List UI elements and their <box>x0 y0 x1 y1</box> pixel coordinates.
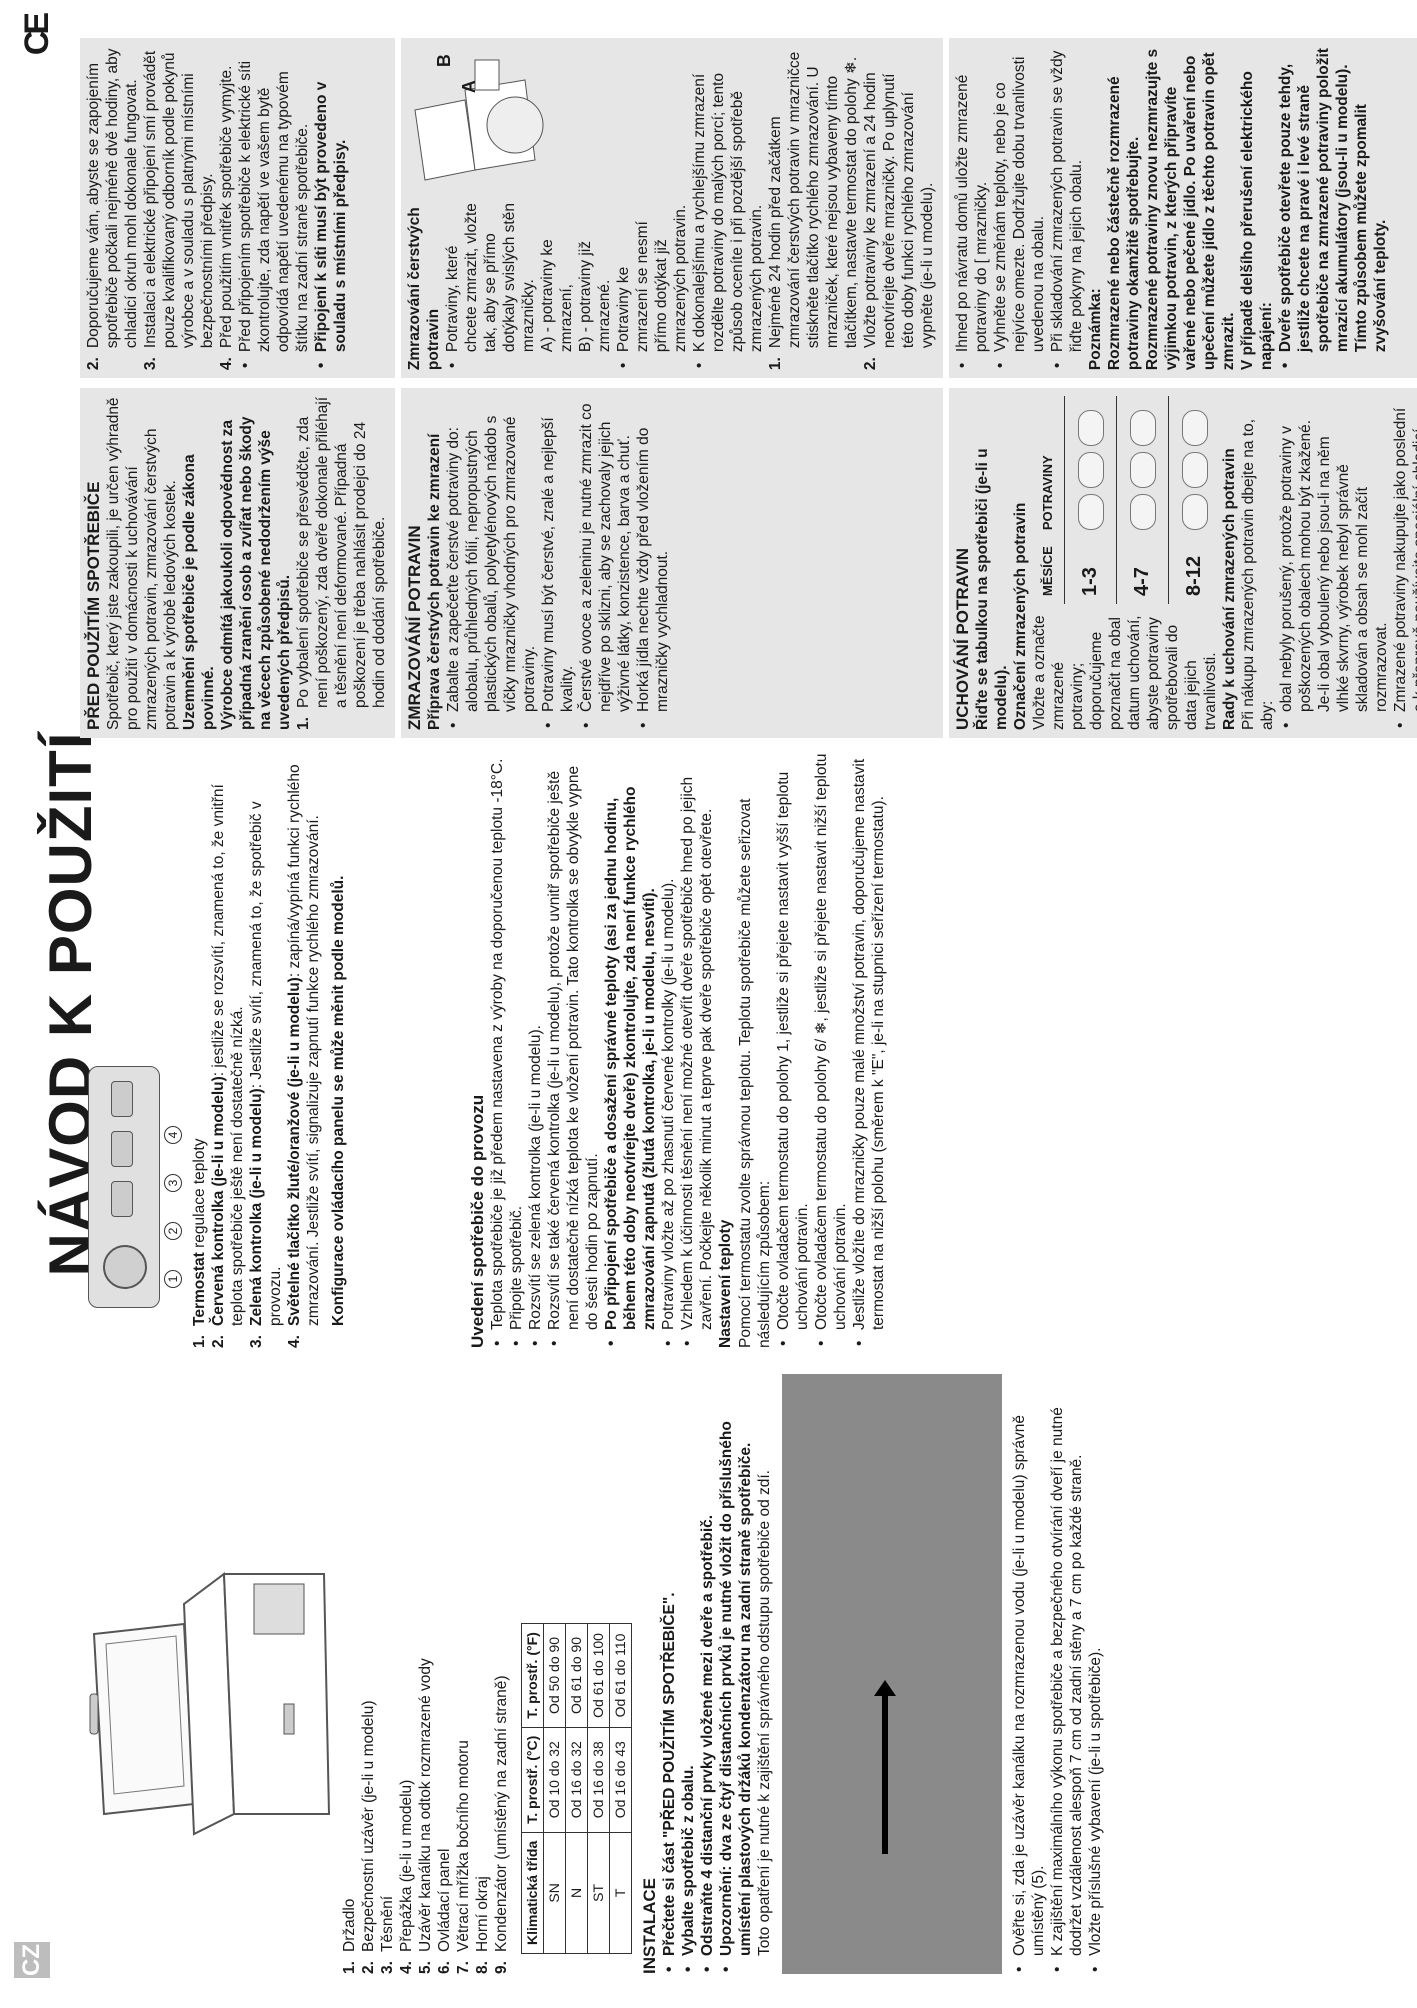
list-item: Vyhněte se změnám teploty, nebo je co ne… <box>991 46 1048 370</box>
list-item: Ověřte si, zda je uzávěr kanálku na rozm… <box>1010 1374 1048 1974</box>
temperature-list: Otočte ovladačem termostatu do polohy 1,… <box>774 748 888 1348</box>
table-row: STOd 16 do 38Od 61 do 100 <box>588 1624 610 1954</box>
before-use-box: PŘED POUŽITÍM SPOTŘEBIČE Spotřebič, kter… <box>80 388 395 738</box>
strawberry-icon <box>1182 452 1208 488</box>
control-panel-callouts: 1 2 3 4 <box>164 748 182 1288</box>
list-item: 3.Zelená kontrolka (je-li u modelu): Jes… <box>247 748 285 1348</box>
drain-cap-photo <box>782 1374 1002 1974</box>
table-row: SNOd 10 do 32Od 50 do 90 <box>544 1624 566 1954</box>
beef-icon <box>1182 410 1208 446</box>
installation-note: Toto opatření je nutné k zajištění správ… <box>755 1374 774 1974</box>
label-heading: Označení zmrazených potravin <box>1011 396 1030 730</box>
fast-freeze-button-icon <box>111 1081 133 1117</box>
freezing-box: ZMRAZOVÁNÍ POTRAVIN Příprava čerstvých p… <box>401 388 943 738</box>
thermostat-knob-icon <box>103 1245 147 1289</box>
red-light-icon <box>111 1181 133 1217</box>
label-text: Vložte a označte zmrazené potraviny; dop… <box>1030 610 1220 730</box>
before-use-heading: PŘED POUŽITÍM SPOTŘEBIČE <box>84 396 104 730</box>
control-panel-list: 1.Termostat regulace teploty 2.Červená k… <box>190 748 323 1348</box>
green-light-icon <box>111 1131 133 1167</box>
freezer-loading-icon <box>405 50 555 200</box>
list-item: Potraviny vložte až po zhasnutí červené … <box>659 748 678 1348</box>
chicken-icon <box>1130 452 1156 488</box>
parts-list: 1.Držadlo 2.Bezpečnostní uzávěr (je-li u… <box>340 1374 511 1974</box>
before-use-bullets: Před připojením spotřebiče k elektrické … <box>236 46 350 370</box>
table-header: T. prostř. (°C) <box>522 1727 544 1832</box>
liability-warning: Výrobce odmítá jakoukoli odpovědnost za … <box>218 396 294 730</box>
fresh-heading: Zmrazování čerstvých potravin <box>405 200 443 370</box>
tips-intro: Při nákupu zmrazených potravin dbejte na… <box>1239 396 1277 730</box>
list-item: K zajištění maximálního výkonu spotřebič… <box>1048 1374 1086 1974</box>
before-use-numbered-cont: 2.Doporučujeme vám, abyste se zapojením … <box>84 46 236 370</box>
prep-list: Zabalte a zapečeťte čerstvé potraviny do… <box>444 396 672 730</box>
temperature-intro: Pomocí termostatu zvolte správnou teplot… <box>736 748 774 1348</box>
ce-mark-icon: CE <box>18 16 57 55</box>
power-outage-list: Dveře spotřebiče otevřete pouze tehdy, j… <box>1276 46 1390 370</box>
label-b: B <box>435 54 454 67</box>
list-item: 1.Termostat regulace teploty <box>190 748 209 1348</box>
note-heading: Poznámka: <box>1086 46 1105 370</box>
list-item: Vložte příslušné vybavení (je-li u spotř… <box>1086 1374 1105 1974</box>
list-item: Dveře spotřebiče otevřete pouze tehdy, j… <box>1276 46 1390 370</box>
vegetables-icon <box>1182 494 1208 530</box>
fresh-list: Potraviny, které chcete zmrazit, vložte … <box>443 200 538 370</box>
list-item: K dokonalejšímu a rychlejšímu zmrazení r… <box>690 46 766 370</box>
parts-list-item: 7.Větrací mřížka bočního motoru <box>454 1374 473 1974</box>
chest-freezer-illustration <box>84 1514 334 1934</box>
freezing-illustration: A B <box>405 50 690 200</box>
chest-freezer-drawing-icon <box>84 1514 334 1934</box>
table-row: 4-7 <box>1117 396 1169 604</box>
grounding-warning: Uzemnění spotřebiče je podle zákona povi… <box>180 396 218 730</box>
column-left: 1.Držadlo 2.Bezpečnostní uzávěr (je-li u… <box>80 1374 1105 1974</box>
table-row: 8-12 <box>1169 396 1220 604</box>
list-item: Ihned po návratu domů uložte zmrazené po… <box>953 46 991 370</box>
parts-list-item: 5.Uzávěr kanálku na odtok rozmrazené vod… <box>416 1374 435 1974</box>
legend-a: A) - potraviny ke zmrazení, <box>538 200 576 370</box>
list-item: Otočte ovladačem termostatu do polohy 1,… <box>774 748 812 1348</box>
column-right: PŘED POUŽITÍM SPOTŘEBIČE Spotřebič, kter… <box>80 38 1417 738</box>
power-outage-heading: V případě delšího přerušení elektrického… <box>1238 46 1276 370</box>
storage-months-table: MĚSÍCEPOTRAVINY 1-3 4-7 8-12 <box>1030 396 1220 604</box>
table-row: 1-3 <box>1065 396 1117 604</box>
startup-heading: Uvedení spotřebiče do provozu <box>468 748 488 1348</box>
list-item: Přečtete si část "PŘED POUŽITÍM SPOTŘEBI… <box>660 1374 679 1974</box>
list-item: Upozornění: dva ze čtyř distančních prvk… <box>717 1374 755 1974</box>
climate-class-table: Klimatická třída T. prostř. (°C) T. pros… <box>521 1623 632 1954</box>
list-item: Potraviny ke zmrazení se nesmí přímo dot… <box>614 200 690 370</box>
installation-after-list: Ověřte si, zda je uzávěr kanálku na rozm… <box>1010 1374 1105 1974</box>
manual-page: CZ NÁVOD K POUŽITÍ CE 1.Držadlo 2.Bezpeč… <box>0 0 1417 2008</box>
list-item: 1.Po vybalení spotřebiče se přesvědčte, … <box>294 396 389 730</box>
before-use-box-cont: 2.Doporučujeme vám, abyste se zapojením … <box>80 38 395 378</box>
parts-list-item: 2.Bezpečnostní uzávěr (je-li u modelu) <box>359 1374 378 1974</box>
list-item: Čerstvé ovoce a zeleninu je nutné zmrazi… <box>577 396 634 730</box>
fish-icon <box>1078 452 1104 488</box>
list-item: Odstraňte 4 distanční prvky vložené mezi… <box>698 1374 717 1974</box>
list-item: Zabalte a zapečeťte čerstvé potraviny do… <box>444 396 539 730</box>
storage-heading: UCHOVÁNÍ POTRAVIN <box>953 396 973 730</box>
column-middle: 1 2 3 4 1.Termostat regulace teploty 2.Č… <box>80 748 888 1348</box>
parts-list-item: 3.Těsnění <box>378 1374 397 1974</box>
temperature-heading: Nastavení teploty <box>716 748 736 1348</box>
prep-heading: Příprava čerstvých potravin ke zmrazení <box>425 396 444 730</box>
list-item: Jestliže vložíte do mrazničky pouze malé… <box>850 748 888 1348</box>
list-item: obal nebyly porušený, protože potraviny … <box>1277 396 1391 730</box>
storage-box: UCHOVÁNÍ POTRAVIN Řiďte se tabulkou na s… <box>949 388 1417 738</box>
list-item: Teplota spotřebiče je již předem nastave… <box>488 748 507 1348</box>
control-panel-diagram <box>88 1066 160 1308</box>
table-header: Klimatická třída <box>522 1832 544 1953</box>
list-item: Rozsvítí se také červená kontrolka (je-l… <box>545 748 602 1348</box>
freezing-heading: ZMRAZOVÁNÍ POTRAVIN <box>405 396 425 730</box>
fresh-freezing-box: Zmrazování čerstvých potravin Potraviny,… <box>401 38 943 378</box>
cheese-icon <box>1130 410 1156 446</box>
meat-icon <box>1078 494 1104 530</box>
label-a: A <box>460 80 479 93</box>
list-item: Rozsvítí se zelená kontrolka (je-li u mo… <box>526 748 545 1348</box>
fresh-list-3: K dokonalejšímu a rychlejšímu zmrazení r… <box>690 46 766 370</box>
list-item: 2.Červená kontrolka (je-li u modelu): je… <box>209 748 247 1348</box>
parts-list-item: 8.Horní okraj <box>473 1374 492 1974</box>
list-item: 4.Světelné tlačítko žluté/oranžové (je-l… <box>285 748 323 1348</box>
list-item: 1.Nejméně 24 hodin před začátkem zmrazov… <box>766 46 861 370</box>
list-item: 3.Instalaci a elektrické připojení smí p… <box>141 46 217 370</box>
list-item: 2.Doporučujeme vám, abyste se zapojením … <box>84 46 141 370</box>
list-item: Při skladování zmrazených potravin se vž… <box>1048 46 1086 370</box>
parts-list-item: 4.Přepážka (je-li u modelu) <box>397 1374 416 1974</box>
table-row: TOd 16 do 43Od 61 do 110 <box>610 1624 632 1954</box>
tips-heading: Rady k uchování zmrazených potravin <box>1220 396 1239 730</box>
storage-subheading: Řiďte se tabulkou na spotřebiči (je-li u… <box>973 396 1011 730</box>
legend-b: B) - potraviny již zmrazené. <box>576 200 614 370</box>
before-use-numbered: 1.Po vybalení spotřebiče se přesvědčte, … <box>294 396 389 730</box>
freezing-numbered: 1.Nejméně 24 hodin před začátkem zmrazov… <box>766 46 937 370</box>
before-use-intro: Spotřebič, který jste zakoupili, je urče… <box>104 396 180 730</box>
storage-more-list: Ihned po návratu domů uložte zmrazené po… <box>953 46 1086 370</box>
list-item: Potraviny, které chcete zmrazit, vložte … <box>443 200 538 370</box>
list-item: Vybalte spotřebič z obalu. <box>679 1374 698 1974</box>
table-header: T. prostř. (°F) <box>522 1624 544 1727</box>
list-item: 4.Před použitím vnitřek spotřebiče vymyj… <box>217 46 236 370</box>
parts-list-item: 9.Kondenzátor (umístěný na zadní straně) <box>492 1374 511 1974</box>
installation-heading: INSTALACE <box>640 1374 660 1974</box>
list-item: Vzhledem k účinnosti těsnění není možné … <box>678 748 716 1348</box>
list-item: Před připojením spotřebiče k elektrické … <box>236 46 312 370</box>
list-item: Připojení k síti musí být provedeno v so… <box>312 46 350 370</box>
list-item: Po připojení spotřebiče a dosažení správ… <box>602 748 659 1348</box>
config-note: Konfigurace ovládacího panelu se může mě… <box>329 748 348 1348</box>
note-text: Rozmrazené nebo částečně rozmrazené potr… <box>1105 46 1238 370</box>
installation-list: Přečtete si část "PŘED POUŽITÍM SPOTŘEBI… <box>660 1374 755 1974</box>
list-item: Zmrazené potraviny nakupujte jako posled… <box>1391 396 1417 730</box>
list-item: 2.Vložte potraviny ke zmrazení a 24 hodi… <box>861 46 937 370</box>
poultry-icon <box>1130 494 1156 530</box>
list-item: Připojte spotřebič. <box>507 748 526 1348</box>
list-item: Otočte ovladačem termostatu do polohy 6/… <box>812 748 850 1348</box>
cake-icon <box>1078 410 1104 446</box>
fresh-list-2: Potraviny ke zmrazení se nesmí přímo dot… <box>614 200 690 370</box>
parts-list-item: 6.Ovládací panel <box>435 1374 454 1974</box>
table-row: NOd 16 do 32Od 61 do 90 <box>566 1624 588 1954</box>
list-item: Horká jídla nechte vždy před vložením do… <box>634 396 672 730</box>
startup-list: Teplota spotřebiče je již předem nastave… <box>488 748 716 1348</box>
storage-box-cont: Ihned po návratu domů uložte zmrazené po… <box>949 38 1417 378</box>
parts-list-item: 1.Držadlo <box>340 1374 359 1974</box>
arrow-icon <box>882 1694 888 1854</box>
tips-list: obal nebyly porušený, protože potraviny … <box>1277 396 1417 730</box>
list-item: Potraviny musí být čerstvé, zralé a nejl… <box>539 396 577 730</box>
